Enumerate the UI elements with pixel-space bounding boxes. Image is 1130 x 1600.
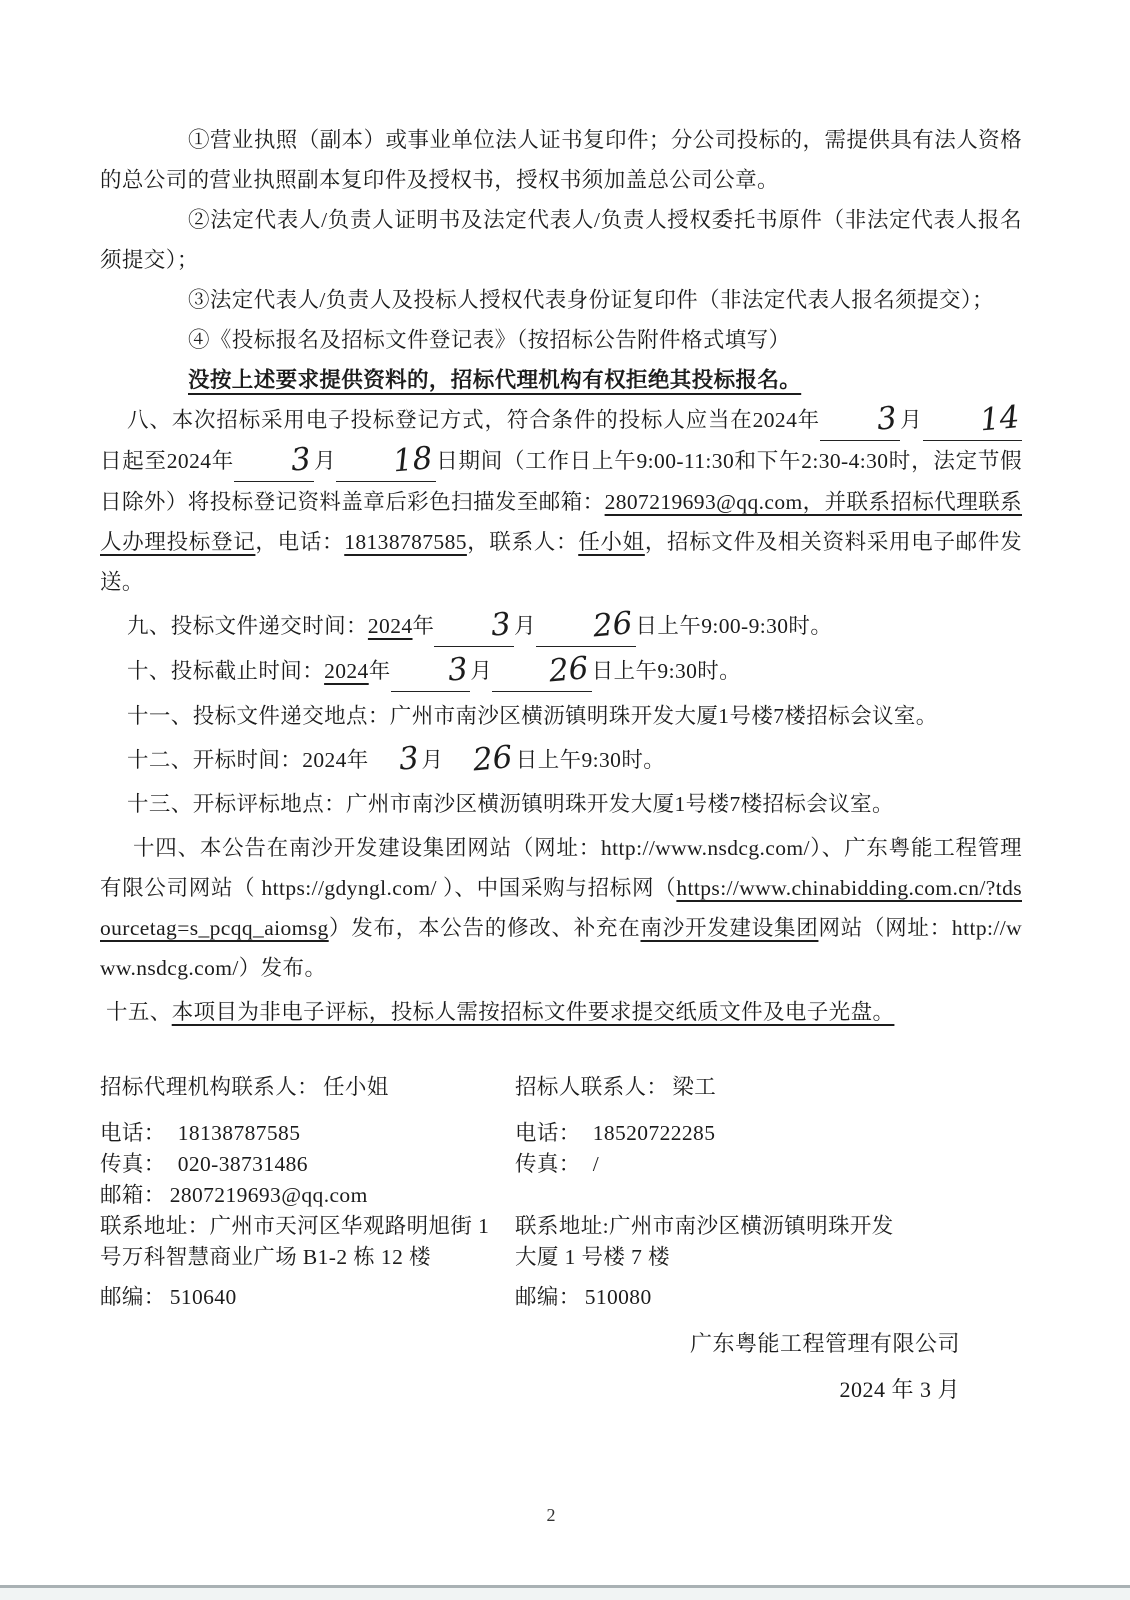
handwritten-digit: 26: [443, 747, 517, 773]
contact-section: 招标代理机构联系人：任小姐 招标人联系人：梁工 电话：18138787585 电…: [100, 1072, 1022, 1313]
handwritten-month-blank: 3: [391, 651, 471, 692]
clause-sub-legal-rep-cert: ②法定代表人/负责人证明书及法定代表人/负责人授权委托书原件（非法定代表人报名须…: [100, 200, 1022, 280]
clause-9-submission-time: 九、投标文件递交时间：2024年3月26日上午9:00-9:30时。: [100, 606, 1022, 647]
contact-name-underlined: 任小姐: [578, 530, 645, 554]
clause-sub-registration-form: ④《投标报名及招标文件登记表》（按招标公告附件格式填写）: [100, 320, 1022, 360]
clause-warning: 没按上述要求提供资料的，招标代理机构有权拒绝其投标报名。: [100, 360, 1022, 400]
agency-zip: 邮编：510640: [100, 1273, 515, 1313]
clause-14-publication: 十四、本公告在南沙开发建设集团网站（网址：http://www.nsdcg.co…: [100, 828, 1022, 988]
agency-email: 邮箱：2807219693@qq.com: [100, 1180, 515, 1211]
handwritten-day-blank: 26: [536, 606, 635, 647]
handwritten-month-blank: 3: [434, 606, 514, 647]
clause-13-opening-place: 十三、开标评标地点：广州市南沙区横沥镇明珠开发大厦1号楼7楼招标会议室。: [100, 784, 1022, 824]
clause-11-submission-place: 十一、投标文件递交地点：广州市南沙区横沥镇明珠开发大厦1号楼7楼招标会议室。: [100, 696, 1022, 736]
handwritten-digit: 3: [368, 748, 422, 773]
handwritten-day-blank: 26: [492, 651, 591, 692]
tenderer-phone: 电话：18520722285: [515, 1118, 1022, 1149]
phone-underlined: 18138787585: [344, 530, 467, 554]
handwritten-digit: 3: [461, 614, 515, 639]
signature-company: 广东粤能工程管理有限公司: [100, 1331, 1022, 1357]
handwritten-month-blank: 3: [820, 400, 900, 441]
tenderer-zip: 邮编：510080: [515, 1273, 1022, 1313]
clause-15-paper-docs: 十五、本项目为非电子评标，投标人需按招标文件要求提交纸质文件及电子光盘。: [100, 992, 1022, 1032]
clause-sub-license: ①营业执照（副本）或事业单位法人证书复印件；分公司投标的，需提供具有法人资格的总…: [100, 120, 1022, 200]
agency-fax: 传真：020-38731486: [100, 1149, 515, 1180]
handwritten-digit: 26: [562, 613, 636, 639]
tenderer-fax: 传真：/: [515, 1149, 1022, 1180]
handwritten-digit: 3: [260, 449, 314, 474]
scanned-document-page: ①营业执照（副本）或事业单位法人证书复印件；分公司投标的，需提供具有法人资格的总…: [0, 0, 1130, 1600]
scan-edge-strip: [0, 1588, 1130, 1600]
handwritten-day-blank: 14: [923, 400, 1022, 441]
warning-text: 没按上述要求提供资料的，招标代理机构有权拒绝其投标报名。: [188, 368, 801, 392]
clause-sub-id-copy: ③法定代表人/负责人及投标人授权代表身份证复印件（非法定代表人报名须提交）；: [100, 280, 1022, 320]
clause-12-opening-time: 十二、开标时间：2024年3月26日上午9:30时。: [100, 740, 1022, 780]
handwritten-day-blank: 18: [336, 441, 435, 482]
handwritten-digit: 3: [417, 659, 471, 684]
tenderer-address: 联系地址:广州市南沙区横沥镇明珠开发大厦 1 号楼 7 楼: [515, 1211, 915, 1273]
tenderer-contact-name: 招标人联系人：梁工: [515, 1072, 1022, 1118]
handwritten-digit: 3: [846, 408, 900, 433]
clause-8-registration: 八、本次招标采用电子投标登记方式，符合条件的投标人应当在2024年3月14日起至…: [100, 400, 1022, 602]
handwritten-month-blank: 3: [234, 441, 314, 482]
handwritten-digit: 14: [949, 407, 1023, 433]
agency-contact-name: 招标代理机构联系人：任小姐: [100, 1072, 515, 1118]
signature-date: 2024 年 3 月: [100, 1377, 1022, 1403]
clause-10-deadline: 十、投标截止时间：2024年3月26日上午9:30时。: [100, 651, 1022, 692]
agency-phone: 电话：18138787585: [100, 1118, 515, 1149]
group-site-underlined: 南沙开发建设集团: [640, 916, 818, 940]
tenderer-email-empty: [515, 1180, 1022, 1211]
clause-15-underlined: 本项目为非电子评标，投标人需按招标文件要求提交纸质文件及电子光盘。: [172, 1000, 895, 1024]
handwritten-digit: 26: [519, 658, 593, 684]
agency-address: 联系地址：广州市天河区华观路明旭街 1 号万科智慧商业广场 B1-2 栋 12 …: [100, 1211, 500, 1273]
document-body: ①营业执照（副本）或事业单位法人证书复印件；分公司投标的，需提供具有法人资格的总…: [100, 120, 1022, 1403]
page-number: 2: [0, 1505, 1102, 1526]
handwritten-digit: 18: [363, 448, 437, 474]
